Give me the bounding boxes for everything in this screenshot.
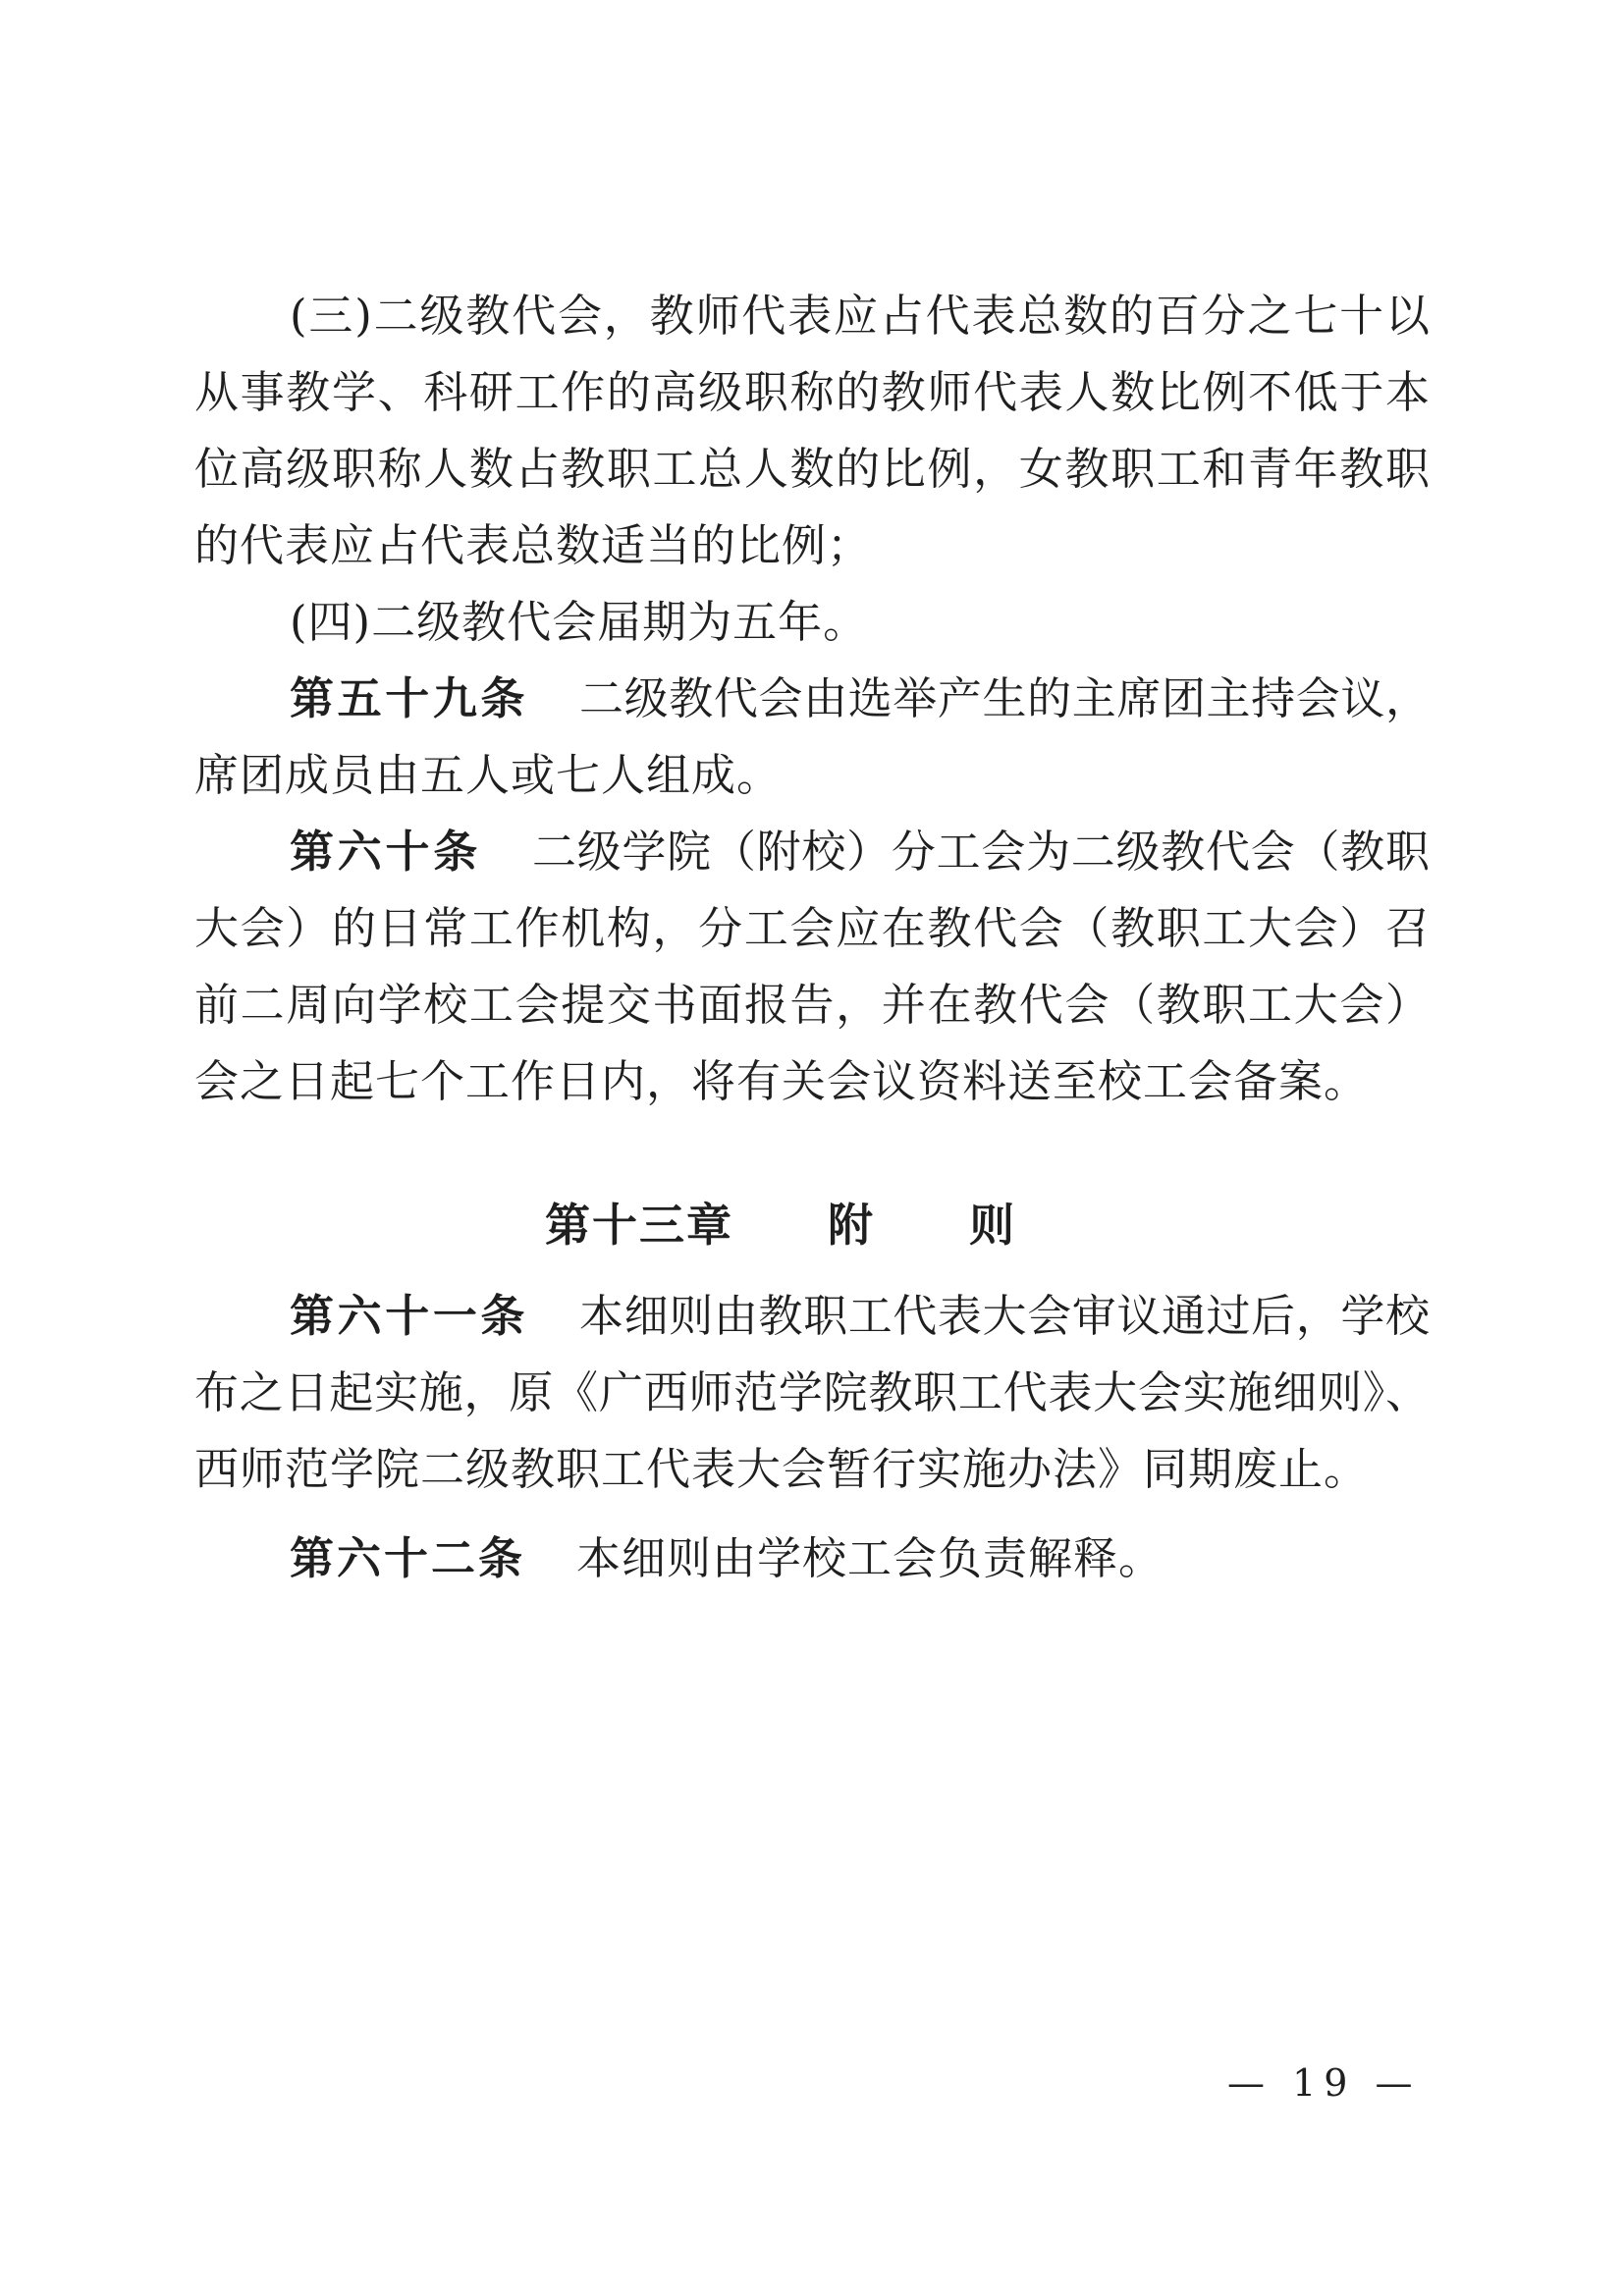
body-text: (三)二级教代会，教师代表应占代表总数的百分之七十以上，	[290, 290, 1430, 354]
text-line: 大会）的日常工作机构，分工会应在教代会（教职工大会）召开	[194, 890, 1430, 967]
text-line: (三)二级教代会，教师代表应占代表总数的百分之七十以上，	[194, 278, 1430, 354]
article-number: 第六十一条	[290, 1291, 528, 1341]
text-line: 第六十一条本细则由教职工代表大会审议通过后，学校颁	[194, 1278, 1430, 1355]
text-line: 位高级职称人数占教职工总人数的比例，女教职工和青年教职工	[194, 431, 1430, 507]
body-text: 前二周向学校工会提交书面报告，并在教代会（教职工大会）闭	[194, 979, 1430, 1043]
body-text: 席团成员由五人或七人组成。	[194, 749, 782, 801]
text-line: (四)二级教代会届期为五年。	[194, 584, 1430, 661]
body-text: 本细则由学校工会负责解释。	[576, 1532, 1164, 1584]
body-text: (四)二级教代会届期为五年。	[290, 596, 868, 648]
body-text: 西师范学院二级教职工代表大会暂行实施办法》同期废止。	[194, 1443, 1369, 1495]
text-line: 从事教学、科研工作的高级职称的教师代表人数比例不低于本单	[194, 354, 1430, 431]
chapter-heading: 第十三章 附 则	[163, 1187, 1398, 1263]
body-text: 从事教学、科研工作的高级职称的教师代表人数比例不低于本单	[194, 366, 1430, 431]
text-line: 第五十九条二级教代会由选举产生的主席团主持会议，主	[194, 661, 1430, 737]
text-line: 前二周向学校工会提交书面报告，并在教代会（教职工大会）闭	[194, 967, 1430, 1043]
text-line: 会之日起七个工作日内，将有关会议资料送至校工会备案。	[194, 1043, 1430, 1120]
body-text: 大会）的日常工作机构，分工会应在教代会（教职工大会）召开	[194, 902, 1430, 967]
page-number-label: — 19 —	[1227, 2061, 1421, 2105]
article-number: 第六十条	[290, 827, 481, 877]
article-number: 第六十二条	[290, 1533, 525, 1583]
body-text: 布之日起实施，原《广西师范学院教职工代表大会实施细则》、《广	[194, 1366, 1430, 1431]
text-line: 第六十条二级学院（附校）分工会为二级教代会（教职工	[194, 814, 1430, 890]
text-line: 第六十二条本细则由学校工会负责解释。	[194, 1521, 1430, 1597]
body-text: 位高级职称人数占教职工总人数的比例，女教职工和青年教职工	[194, 443, 1430, 507]
document-page: (三)二级教代会，教师代表应占代表总数的百分之七十以上， 从事教学、科研工作的高…	[0, 0, 1624, 2296]
text-line: 席团成员由五人或七人组成。	[194, 737, 1430, 814]
text-line: 的代表应占代表总数适当的比例；	[194, 507, 1430, 584]
article-number: 第五十九条	[290, 673, 528, 723]
text-line: 布之日起实施，原《广西师范学院教职工代表大会实施细则》、《广	[194, 1355, 1430, 1431]
text-line: 西师范学院二级教职工代表大会暂行实施办法》同期废止。	[194, 1431, 1430, 1508]
body-text: 会之日起七个工作日内，将有关会议资料送至校工会备案。	[194, 1055, 1369, 1107]
document-body: (三)二级教代会，教师代表应占代表总数的百分之七十以上， 从事教学、科研工作的高…	[194, 278, 1430, 1597]
chapter-heading-text: 第十三章 附 则	[545, 1200, 1016, 1251]
page-number: — 19 —	[1227, 2061, 1421, 2105]
body-text: 的代表应占代表总数适当的比例；	[194, 519, 872, 571]
